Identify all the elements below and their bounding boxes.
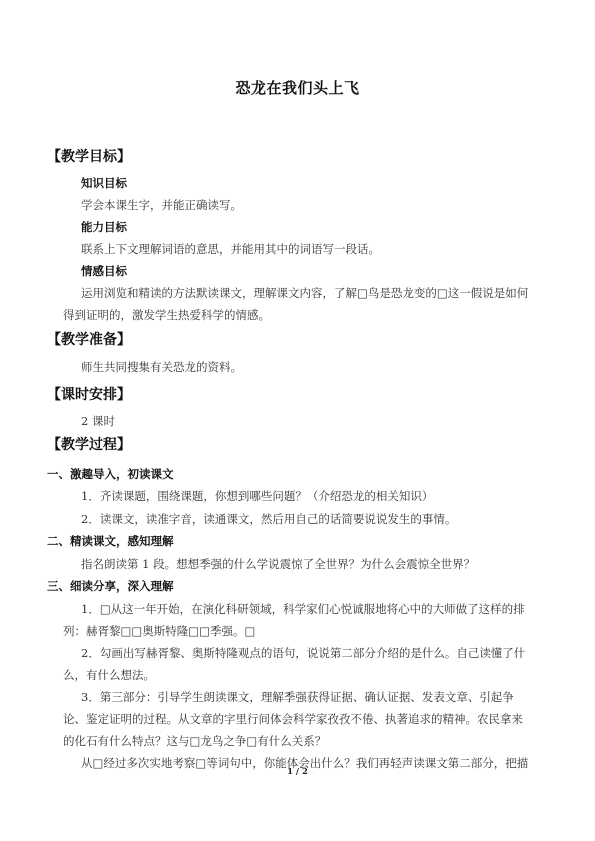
section-heading-objectives: 【教学目标】	[47, 146, 131, 166]
page-number: 1 / 2	[0, 767, 595, 777]
step3-item3-line2: 论、鉴定证明的过程。从文章的字里行间体会科学家孜孜不倦、执著追求的精神。农民拿来	[63, 711, 523, 727]
emotion-objective-text-line2: 得到证明的，激发学生热爱科学的情感。	[63, 307, 270, 323]
document-title: 恐龙在我们头上飞	[0, 77, 595, 98]
preparation-text: 师生共同搜集有关恐龙的资料。	[81, 359, 242, 375]
section-heading-preparation: 【教学准备】	[47, 329, 131, 349]
section-heading-process: 【教学过程】	[47, 434, 131, 454]
step1-title: 一、激趣导入，初读课文	[47, 466, 174, 482]
step3-title: 三、细读分享，深入理解	[47, 578, 174, 594]
ability-objective-text: 联系上下文理解词语的意思，并能用其中的词语写一段话。	[81, 241, 380, 257]
step3-item3-line3: 的化石有什么特点？这与□龙鸟之争□有什么关系？	[63, 733, 326, 749]
emotion-objective-text-line1: 运用浏览和精读的方法默读课文，理解课文内容，了解□鸟是恐龙变的□这一假说是如何	[81, 285, 528, 301]
step3-item3-line1: 3．第三部分：引导学生朗读课文，理解季强获得证据、确认证据、发表文章、引起争	[81, 689, 514, 705]
step3-item2-line2: 么，有什么想法。	[63, 667, 155, 683]
step2-title: 二、精读课文，感知理解	[47, 533, 174, 549]
step1-item1: 1．齐读课题，围绕课题，你想到哪些问题？（介绍恐龙的相关知识）	[81, 488, 433, 504]
ability-objective-label: 能力目标	[81, 219, 127, 235]
step3-item1-line2: 列：赫胥黎□□奥斯特隆□□季强。□	[63, 623, 255, 639]
step3-item1-line1: 1．□从这一年开始，在演化科研领域，科学家们心悦诚服地将心中的大师做了这样的排	[81, 601, 525, 617]
step3-item2-line1: 2．勾画出写赫胥黎、奥斯特隆观点的语句，说说第二部分介绍的是什么。自己读懂了什	[81, 645, 525, 661]
knowledge-objective-text: 学会本课生字，并能正确读写。	[81, 197, 242, 213]
knowledge-objective-label: 知识目标	[81, 175, 127, 191]
section-heading-schedule: 【课时安排】	[47, 384, 131, 404]
emotion-objective-label: 情感目标	[81, 263, 127, 279]
schedule-text: 2 课时	[81, 413, 115, 429]
step1-item2: 2．读课文，读准字音，读通课文，然后用自己的话简要说说发生的事情。	[81, 511, 456, 527]
step2-text: 指名朗读第 1 段。想想季强的什么学说震惊了全世界？为什么会震惊全世界？	[81, 556, 475, 572]
